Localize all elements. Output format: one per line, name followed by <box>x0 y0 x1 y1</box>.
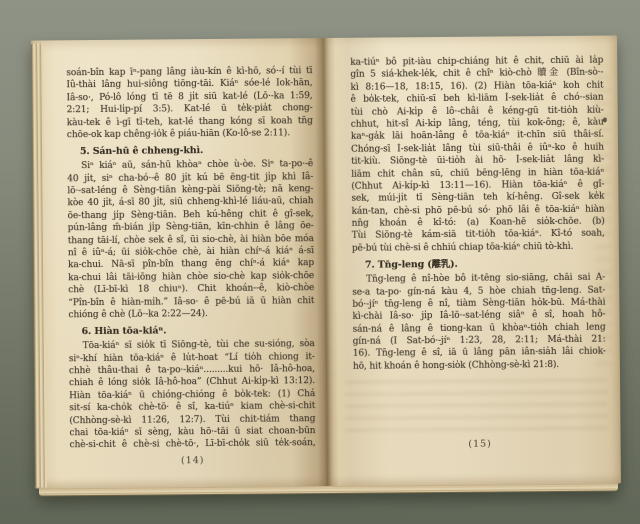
section-heading: 5. Sán-hū ê chheng-khì. <box>67 144 313 159</box>
text-line: 16). Tn̄g-leng ê sî, iā ū lâng pān iân-s… <box>353 346 606 361</box>
text-line: chōe-ok kap chêng-io̍k ê piáu-hiān (Ko-l… <box>67 127 313 142</box>
book: soán-bîn kap īⁿ-pang lâng iàu-kín ê kì-h… <box>31 35 621 488</box>
text-line: chè-si-chit ê chè-si chè-tō·, Lī-bī-cho̍… <box>70 437 316 452</box>
text-line: pē-bú tùi chè-si ê chhiú chiap tōa-kiáⁿ … <box>352 240 605 255</box>
right-page-text: ka-tiúⁿ bô pit-iàu chip-chiáng hit ê chi… <box>350 55 606 373</box>
right-page: ka-tiúⁿ bô pit-iàu chip-chiáng hit ê chi… <box>323 35 621 486</box>
bleed-through <box>344 378 608 432</box>
page-number-left: (14) <box>70 454 316 467</box>
section-heading: 6. Hiàn tōa-kiáⁿ. <box>69 324 315 339</box>
ink-spot <box>603 118 607 123</box>
left-page: soán-bîn kap īⁿ-pang lâng iàu-kín ê kì-h… <box>31 38 327 489</box>
text-line: chióng ê chè (Lō·-ka 2:22—24). <box>68 307 314 322</box>
page-edge-stack-left <box>31 43 47 487</box>
text-line: hō, hit khoán ê hong-sio̍k (Chhòng-sè-kì… <box>353 358 606 373</box>
text-line: “Pîn-bîn ê hiàn-mi̍h.” Iâ-so· ê pē-bú iā… <box>68 295 314 310</box>
book-pages: soán-bîn kap īⁿ-pang lâng iàu-kín ê kì-h… <box>31 35 621 488</box>
left-page-text: soán-bîn kap īⁿ-pang lâng iàu-kín ê kì-h… <box>66 65 315 452</box>
section-heading: 7. Tn̄g-leng (離乳). <box>352 258 605 273</box>
page-number-right: (15) <box>354 438 607 451</box>
